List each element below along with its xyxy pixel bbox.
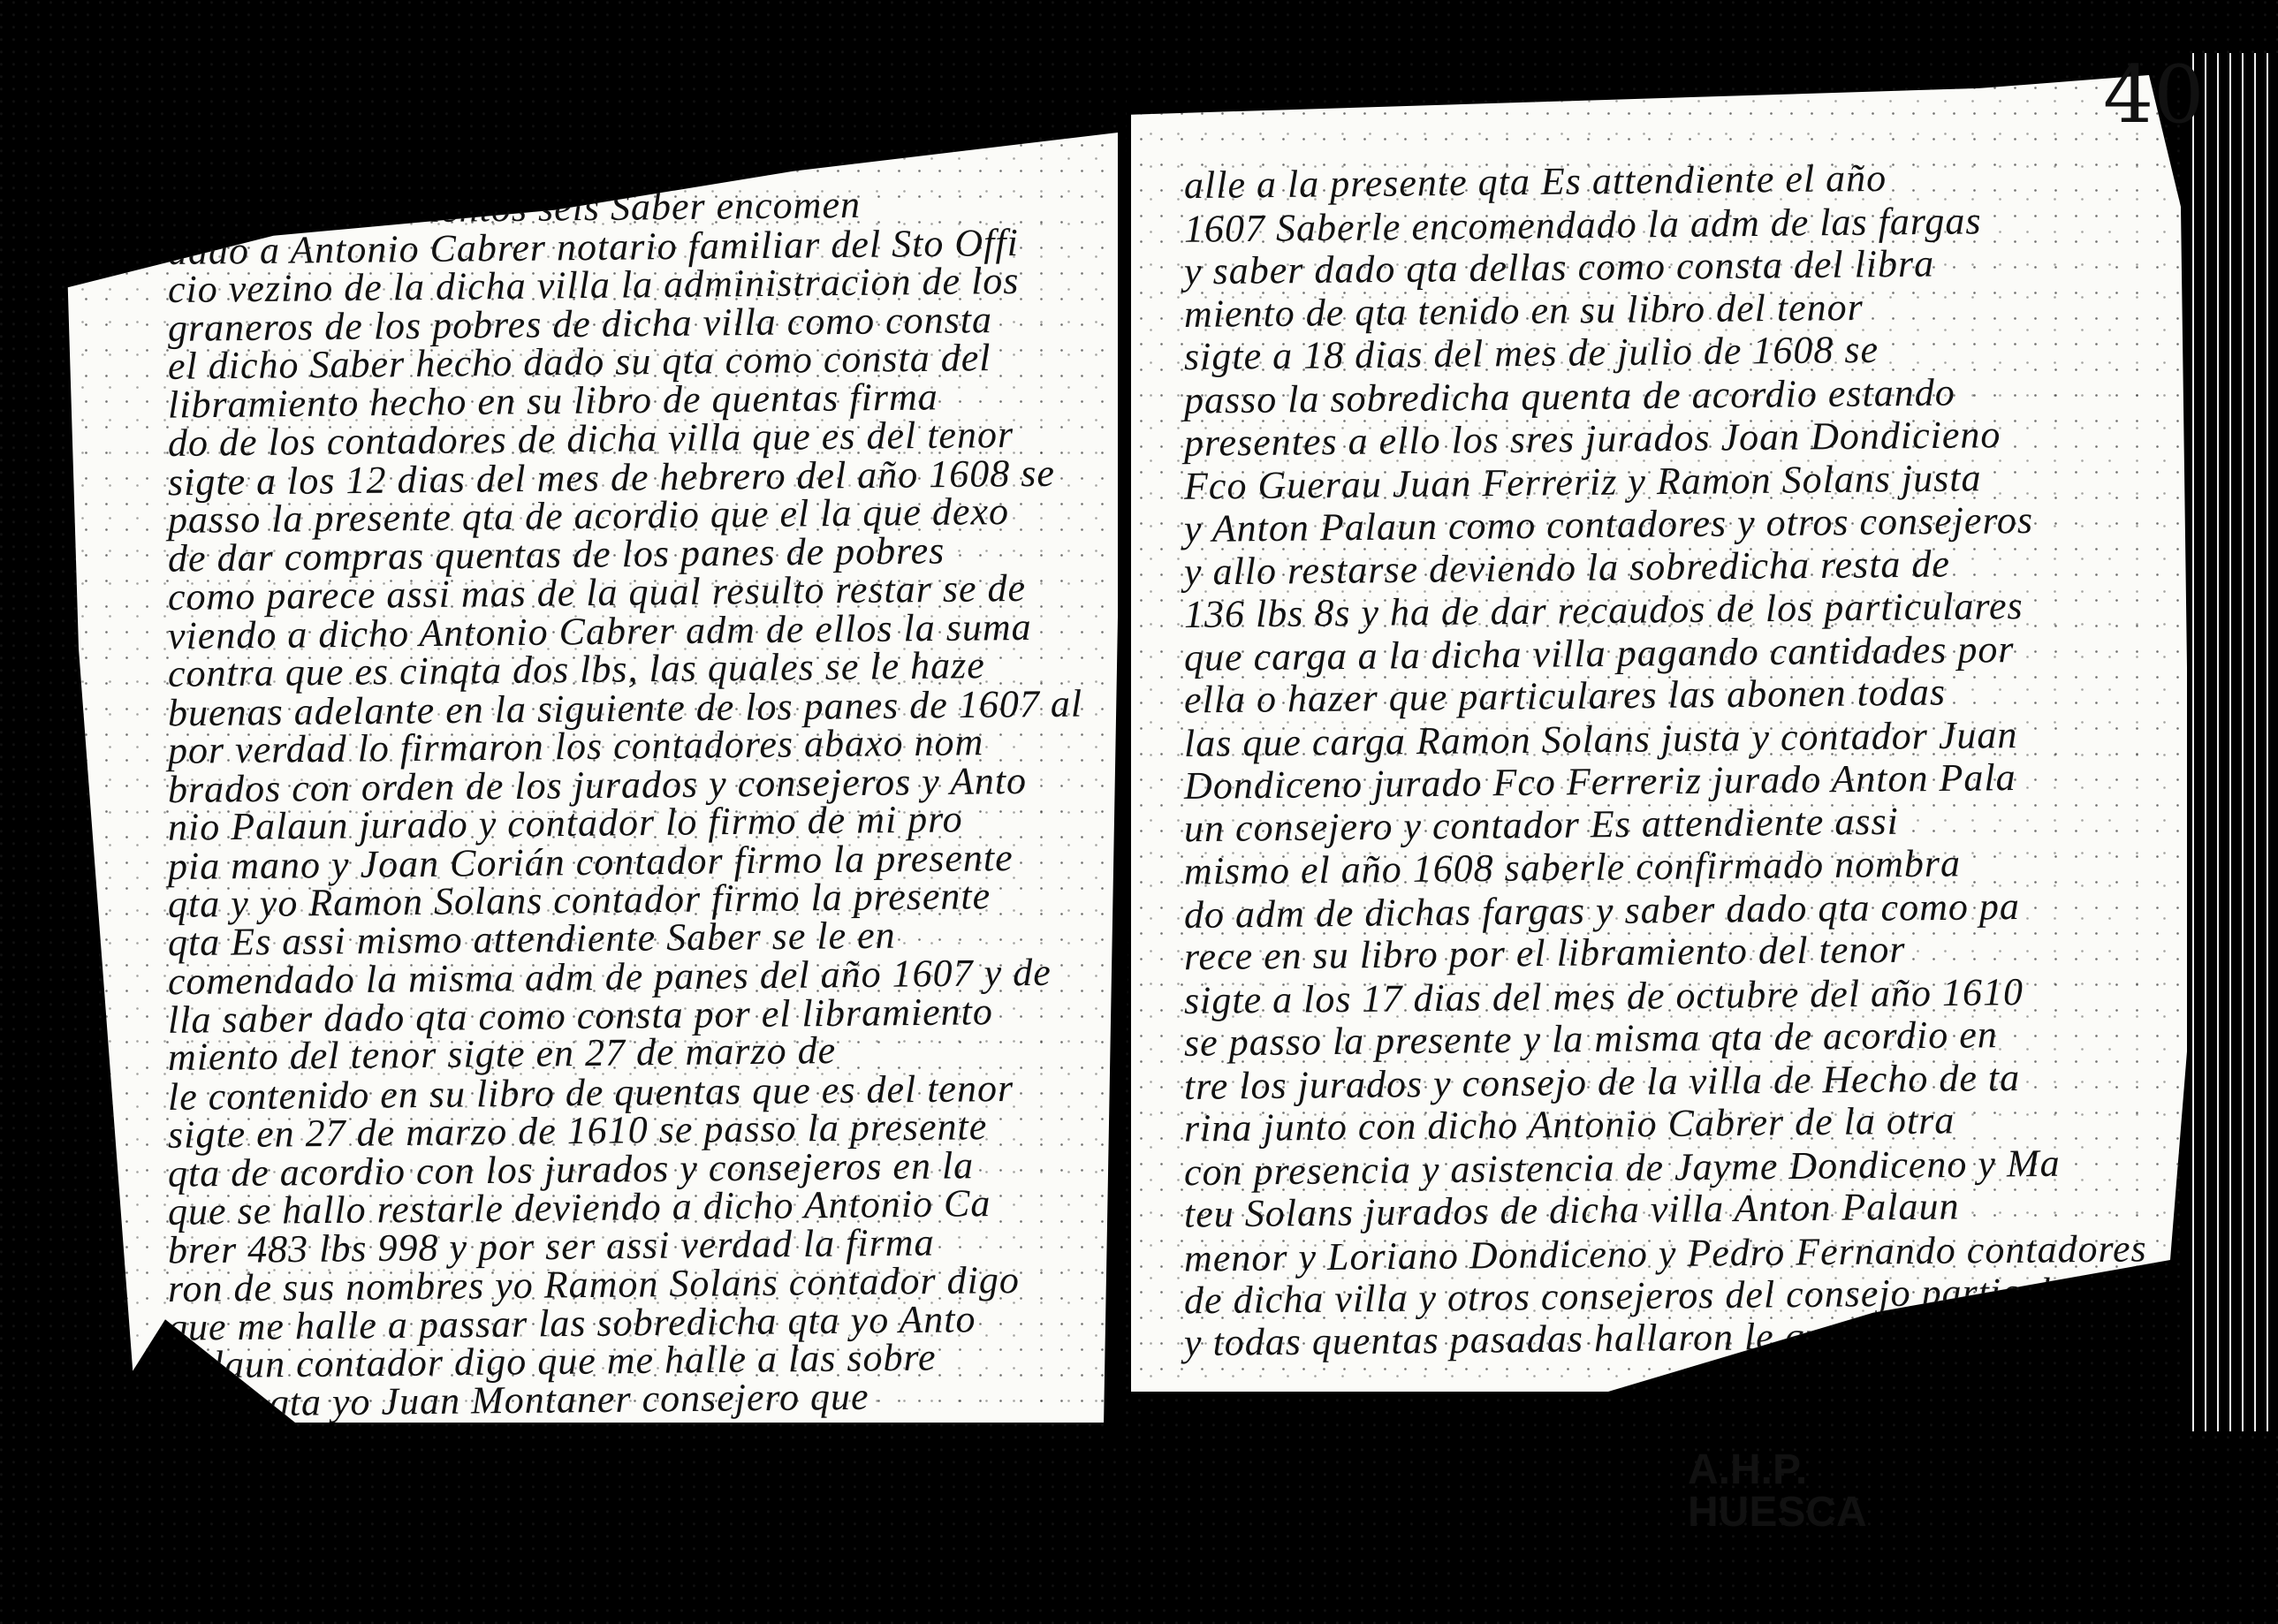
archive-stamp: A.H.P. HUESCA xyxy=(1688,1449,1867,1534)
archive-stamp-line1: A.H.P. xyxy=(1688,1449,1867,1491)
archive-stamp-line2: HUESCA xyxy=(1688,1491,1867,1534)
right-page: alle a la presente qta Es attendiente el… xyxy=(1131,75,2191,1392)
folio-number: 40 xyxy=(2103,49,2205,141)
left-page: El año mil seiscientos seis Saber encome… xyxy=(35,133,1118,1423)
page-edges xyxy=(2187,53,2278,1431)
right-page-text: alle a la presente qta Es attendiente el… xyxy=(1131,75,2191,1392)
left-page-text: El año mil seiscientos seis Saber encome… xyxy=(35,133,1118,1423)
